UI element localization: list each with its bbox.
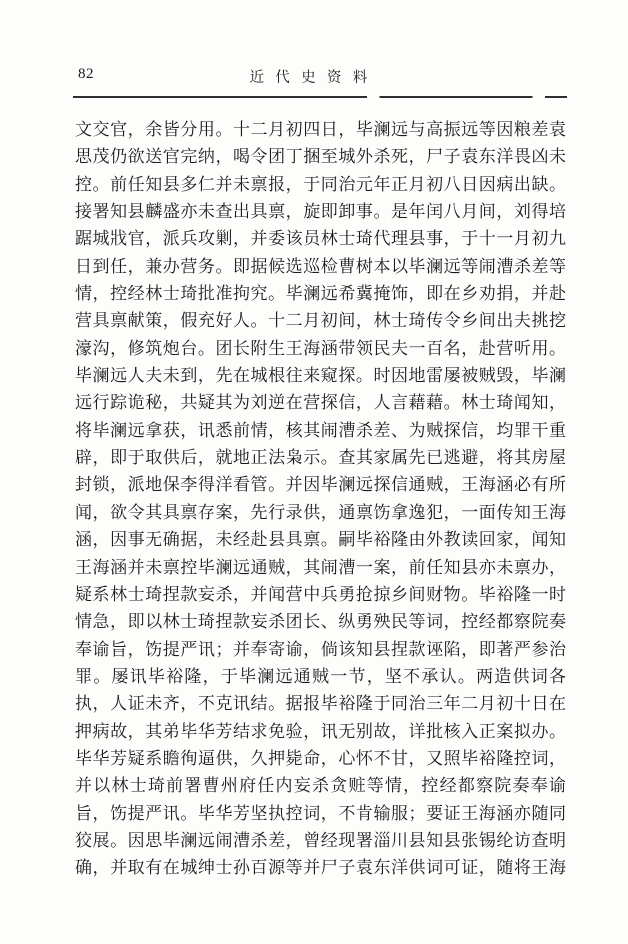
text-line: 日到任，兼办营务。即据候选巡检曹树本以毕澜远等闹漕杀差等 <box>75 253 566 280</box>
journal-title: 近代史资料 <box>0 66 628 87</box>
text-line: 疑系林士琦捏款妄杀，并闻营中兵勇抢掠乡间财物。毕裕隆一时 <box>75 581 566 608</box>
header-divider <box>73 96 567 98</box>
text-line: 濠沟，修筑炮台。团长附生王海涵带领民夫一百名，赴营听用。 <box>75 335 566 362</box>
text-line: 将毕澜远拿获，讯悉前情，核其闹漕杀差、为贼探信，均罪干重 <box>75 417 566 444</box>
text-line: 押病故，其弟毕华芳结求免验，讯无别故，详批核入正案拟办。 <box>75 718 566 745</box>
text-line: 文交官，余皆分用。十二月初四日，毕澜远与高振远等因粮差袁 <box>75 116 566 143</box>
text-line: 确，并取有在城绅士孙百源等并尸子袁东洋供词可证，随将王海 <box>75 854 566 881</box>
text-line: 王海涵并未禀控毕澜远通贼，其闹漕一案，前任知县亦未禀办， <box>75 554 566 581</box>
text-line: 罪。屡讯毕裕隆，于毕澜远通贼一节，坚不承认。两造供词各 <box>75 663 566 690</box>
text-line: 远行踪诡秘，共疑其为刘逆在营探信，人言藉藉。林士琦闻知， <box>75 389 566 416</box>
text-line: 闻，欲令其具禀存案，先行录供，通禀饬拿逸犯，一面传知王海 <box>75 499 566 526</box>
text-line: 营具禀献策，假充好人。十二月初间，林士琦传令乡间出夫挑挖 <box>75 307 566 334</box>
text-line: 情，控经林士琦批准拘究。毕澜远希冀掩饰，即在乡劝捐，并赴 <box>75 280 566 307</box>
text-line: 并以林士琦前署曹州府任内妄杀贪赃等情，控经都察院奏奉谕 <box>75 772 566 799</box>
text-line: 辟，即于取供后，就地正法枭示。查其家属先已逃避，将其房屋 <box>75 444 566 471</box>
text-line: 封锁，派地保李得洋看管。并因毕澜远探信通贼，王海涵必有所 <box>75 471 566 498</box>
text-line: 涵，因事无确据，未经赴县具禀。嗣毕裕隆由外教读回家，闻知 <box>75 526 566 553</box>
text-line: 控。前任知县多仁并未禀报，于同治元年正月初八日因病出缺。 <box>75 171 566 198</box>
body-text: 文交官，余皆分用。十二月初四日，毕澜远与高振远等因粮差袁思茂仍欲送官完纳，喝令团… <box>75 116 566 882</box>
text-line: 奉谕旨，饬提严讯；并奉寄谕，倘该知县捏款诬陷，即著严参治 <box>75 636 566 663</box>
text-line: 执，人证未齐，不克讯结。据报毕裕隆于同治三年二月初十日在 <box>75 690 566 717</box>
text-line: 毕华芳疑系瞻徇逼供，久押毙命，心怀不甘，又照毕裕隆控词， <box>75 745 566 772</box>
text-line: 毕澜远人夫未到，先在城根往来窥探。时因地雷屡被贼毁，毕澜 <box>75 362 566 389</box>
text-line: 情急，即以林士琦捏款妄杀团长、纵勇殃民等词，控经都察院奏 <box>75 608 566 635</box>
scanned-page: 82 近代史资料 文交官，余皆分用。十二月初四日，毕澜远与高振远等因粮差袁思茂仍… <box>0 0 628 944</box>
text-line: 踞城戕官，派兵攻剿，并委该员林士琦代理县事，于十一月初九 <box>75 225 566 252</box>
text-line: 狡展。因思毕澜远闹漕杀差，曾经现署淄川县知县张锡纶访查明 <box>75 827 566 854</box>
text-line: 旨，饬提严讯。毕华芳坚执控词，不肯输服；要证王海涵亦随同 <box>75 800 566 827</box>
text-line: 接署知县麟盛亦未查出具禀，旋即卸事。是年闰八月间，刘得培 <box>75 198 566 225</box>
text-line: 思茂仍欲送官完纳，喝令团丁捆至城外杀死，尸子袁东洋畏凶未 <box>75 143 566 170</box>
